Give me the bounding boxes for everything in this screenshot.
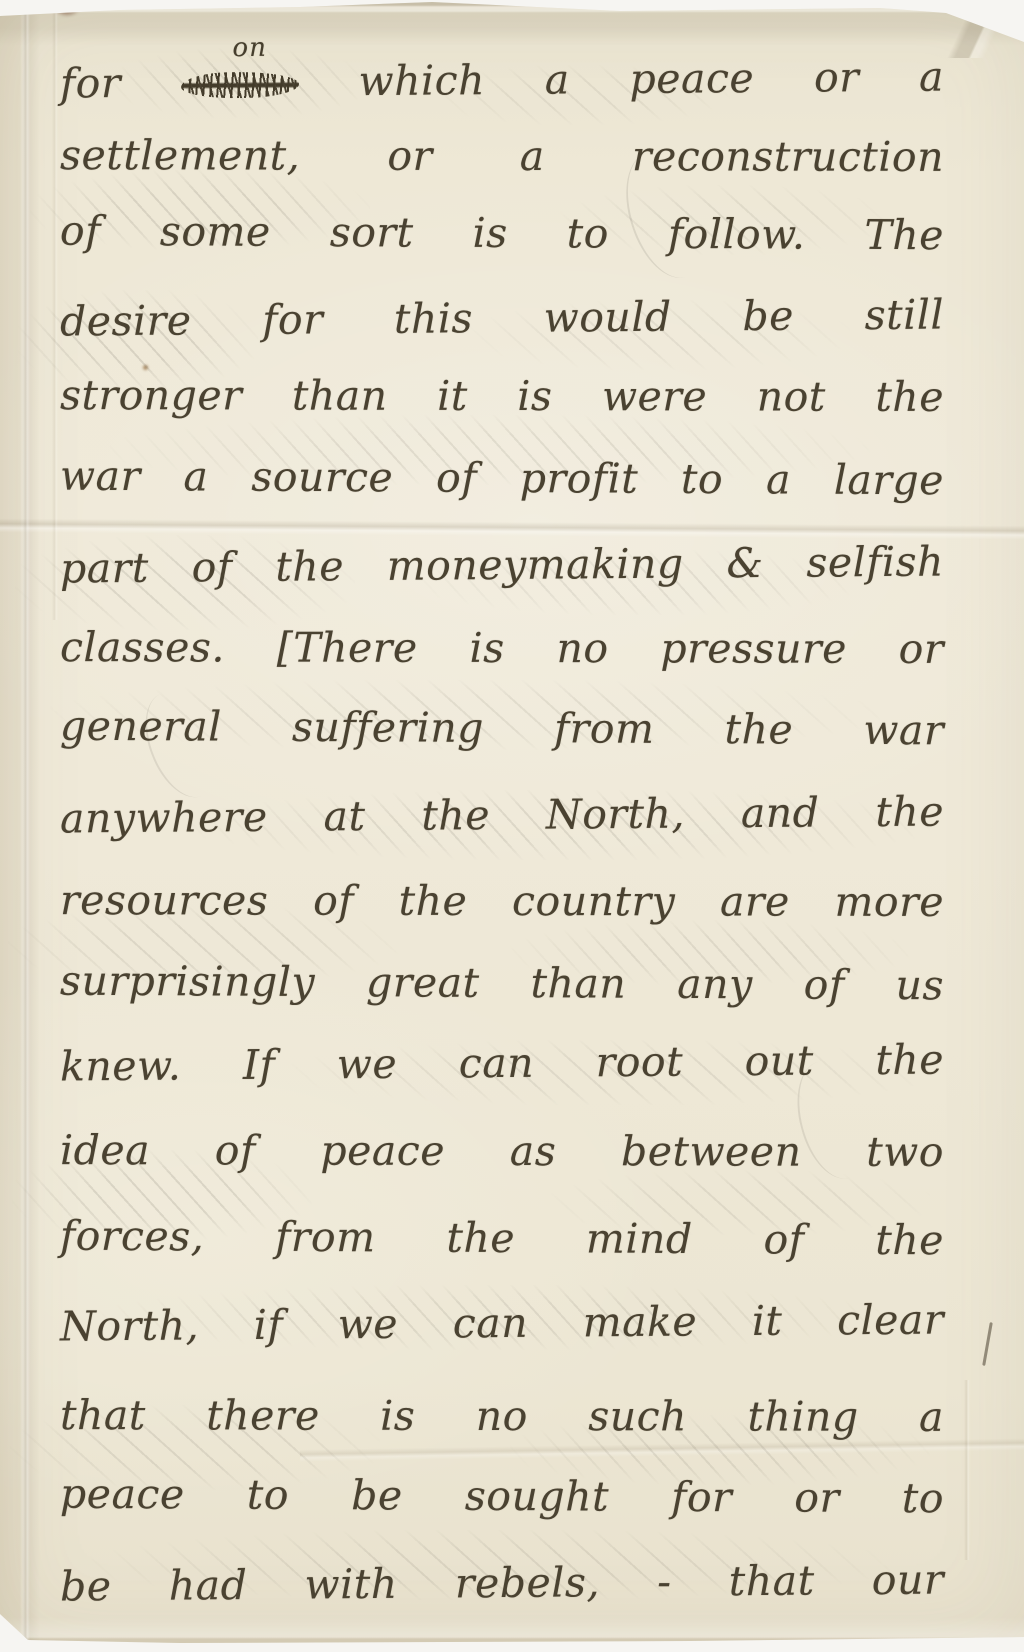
handwritten-line: classes. [There is no pressure or bbox=[60, 626, 944, 671]
handwritten-line: North, if we can make it clear bbox=[60, 1299, 944, 1349]
handwritten-line: be had with rebels, - that our bbox=[60, 1559, 944, 1609]
letter-body: for on which a peace or a settlement, or… bbox=[0, 0, 1024, 1643]
letter-scan: for on which a peace or a settlement, or… bbox=[0, 0, 1024, 1652]
inserted-word-above-line: on bbox=[232, 35, 267, 63]
handwritten-line: of some sort is to follow. The bbox=[60, 210, 944, 258]
ink-scribble bbox=[181, 72, 299, 99]
line-text: which a peace or a bbox=[358, 53, 944, 106]
handwritten-line: resources of the country are more bbox=[60, 879, 944, 924]
handwritten-line: general suffering from the war bbox=[60, 705, 944, 753]
handwritten-line: anywhere at the North, and the bbox=[60, 791, 944, 841]
handwritten-line: surprisingly great than any of us bbox=[60, 960, 944, 1008]
letter-page: for on which a peace or a settlement, or… bbox=[0, 0, 1024, 1643]
handwritten-line: peace to be sought for or to bbox=[60, 1473, 944, 1521]
handwritten-line: for on which a peace or a bbox=[60, 56, 944, 106]
handwritten-line: that there is no such thing a bbox=[60, 1394, 944, 1439]
scribbled-out-word: on bbox=[181, 61, 299, 105]
handwritten-line: part of the moneymaking & selfish bbox=[60, 541, 944, 591]
handwritten-line: knew. If we can root out the bbox=[60, 1039, 944, 1089]
handwritten-line: desire for this would be still bbox=[60, 294, 944, 344]
handwritten-line: settlement, or a reconstruction bbox=[60, 134, 944, 179]
handwritten-line: war a source of profit to a large bbox=[60, 455, 944, 503]
handwritten-line: forces, from the mind of the bbox=[60, 1215, 944, 1263]
line-text: for bbox=[60, 59, 121, 107]
handwritten-line: idea of peace as between two bbox=[60, 1129, 944, 1174]
handwritten-line: stronger than it is were not the bbox=[60, 374, 944, 419]
